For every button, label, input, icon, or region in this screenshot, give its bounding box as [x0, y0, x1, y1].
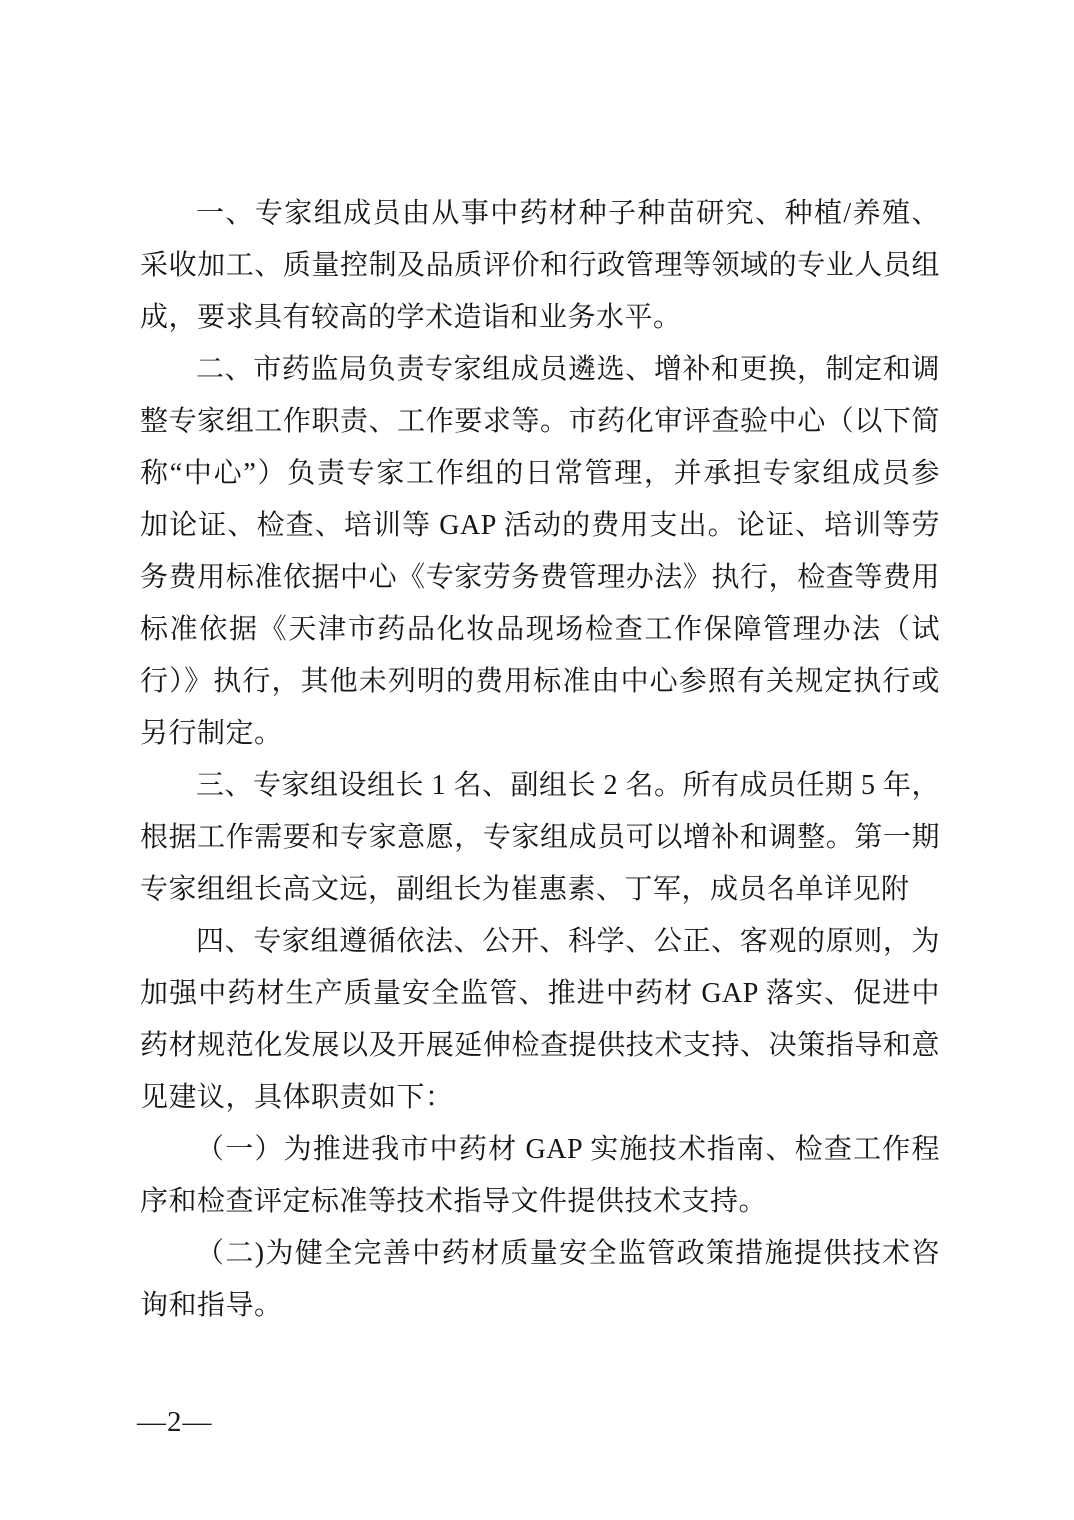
text-line: （一）为推进我市中药材 GAP 实施技术指南、检查工作程	[140, 1124, 940, 1176]
paragraph: 二、市药监局负责专家组成员遴选、增补和更换，制定和调整专家组工作职责、工作要求等…	[140, 344, 940, 760]
page-number: —2—	[137, 1406, 213, 1438]
text-line: 见建议，具体职责如下：	[140, 1072, 940, 1124]
text-line: 行）》执行，其他未列明的费用标准由中心参照有关规定执行或	[140, 656, 940, 708]
text-line: 二、市药监局负责专家组成员遴选、增补和更换，制定和调	[140, 344, 940, 396]
text-line: 三、专家组设组长 1 名、副组长 2 名。所有成员任期 5 年，	[140, 760, 940, 812]
text-line: 专家组组长高文远，副组长为崔惠素、丁军，成员名单详见附件。	[140, 864, 940, 916]
paragraph: 三、专家组设组长 1 名、副组长 2 名。所有成员任期 5 年，根据工作需要和专…	[140, 760, 940, 916]
text-line: 采收加工、质量控制及品质评价和行政管理等领域的专业人员组	[140, 240, 940, 292]
text-line: 药材规范化发展以及开展延伸检查提供技术支持、决策指导和意	[140, 1020, 940, 1072]
text-line: 另行制定。	[140, 708, 940, 760]
text-line: 标准依据《天津市药品化妆品现场检查工作保障管理办法（试	[140, 604, 940, 656]
text-line: （二)为健全完善中药材质量安全监管政策措施提供技术咨	[140, 1228, 940, 1280]
text-line: 整专家组工作职责、工作要求等。市药化审评查验中心（以下简	[140, 396, 940, 448]
text-line: 根据工作需要和专家意愿，专家组成员可以增补和调整。第一期	[140, 812, 940, 864]
text-line: 加论证、检查、培训等 GAP 活动的费用支出。论证、培训等劳	[140, 500, 940, 552]
text-line: 一、专家组成员由从事中药材种子种苗研究、种植/养殖、	[140, 188, 940, 240]
paragraph: （一）为推进我市中药材 GAP 实施技术指南、检查工作程序和检查评定标准等技术指…	[140, 1124, 940, 1228]
text-line: 加强中药材生产质量安全监管、推进中药材 GAP 落实、促进中	[140, 968, 940, 1020]
paragraph: 一、专家组成员由从事中药材种子种苗研究、种植/养殖、采收加工、质量控制及品质评价…	[140, 188, 940, 344]
text-line: 成，要求具有较高的学术造诣和业务水平。	[140, 292, 940, 344]
text-line: 询和指导。	[140, 1280, 940, 1332]
paragraph: 四、专家组遵循依法、公开、科学、公正、客观的原则，为加强中药材生产质量安全监管、…	[140, 916, 940, 1124]
page-footer: —2—	[137, 1402, 213, 1442]
text-line: 称“中心”）负责专家工作组的日常管理，并承担专家组成员参	[140, 448, 940, 500]
text-line: 四、专家组遵循依法、公开、科学、公正、客观的原则，为	[140, 916, 940, 968]
document-page: 一、专家组成员由从事中药材种子种苗研究、种植/养殖、采收加工、质量控制及品质评价…	[0, 0, 1074, 1520]
paragraph: （二)为健全完善中药材质量安全监管政策措施提供技术咨询和指导。	[140, 1228, 940, 1332]
document-body: 一、专家组成员由从事中药材种子种苗研究、种植/养殖、采收加工、质量控制及品质评价…	[140, 188, 940, 1332]
text-line: 序和检查评定标准等技术指导文件提供技术支持。	[140, 1176, 940, 1228]
text-line: 务费用标准依据中心《专家劳务费管理办法》执行，检查等费用	[140, 552, 940, 604]
